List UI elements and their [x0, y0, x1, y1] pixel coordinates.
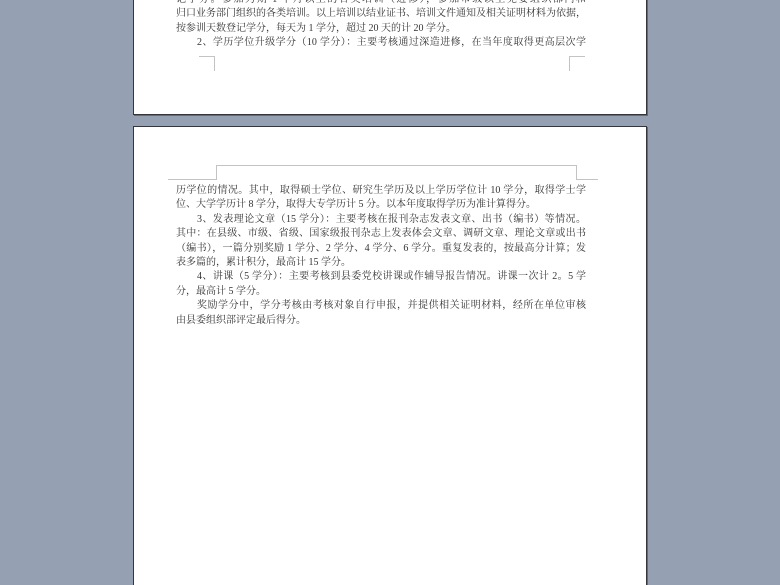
document-page-2[interactable]: 历学位的情况。其中，取得硕士学位、研究生学历及以上学历学位计 10 学分，取得学… — [133, 126, 647, 585]
text-line: 历学位的情况。其中，取得硕士学位、研究生学历及以上学历学位计 10 学分，取得学… — [176, 184, 586, 198]
text-line: 由县委组织部评定最后得分。 — [176, 314, 586, 328]
text-line: 分，最高计 5 学分。 — [176, 285, 586, 299]
text-line: 其中：在县级、市级、省级、国家级报刊杂志上发表体会文章、调研文章、理论文章或出书 — [176, 227, 586, 241]
page-2-text-block: 历学位的情况。其中，取得硕士学位、研究生学历及以上学历学位计 10 学分，取得学… — [176, 184, 586, 328]
margin-corner-mark — [569, 56, 570, 71]
word-processor-workspace: 记学分。参加为期 1 个月以上的各类培训（进修），参加市级以上党委组织部门和归口… — [0, 0, 780, 585]
text-boundary-line — [216, 165, 576, 166]
text-line: （编书），一篇分别奖励 1 学分、2 学分、4 学分、6 学分。重复发表的，按最… — [176, 242, 586, 256]
text-line: 记学分。参加为期 1 个月以上的各类培训（进修），参加市级以上党委组织部门和 — [176, 0, 586, 7]
text-line: 表多篇的，累计积分，最高计 15 学分。 — [176, 256, 586, 270]
text-line: 奖励学分中，学分考核由考核对象自行申报，并提供相关证明材料，经所在单位审核后， — [176, 299, 586, 313]
text-line: 3、发表理论文章（15 学分）：主要考核在报刊杂志发表文章、出书（编书）等情况。 — [176, 213, 586, 227]
text-line: 归口业务部门组织的各类培训。以上培训以结业证书、培训文件通知及相关证明材料为依据… — [176, 7, 586, 21]
text-line: 位、大学学历计 8 学分，取得大专学历计 5 分。以本年度取得学历为准计算得分。 — [176, 198, 586, 212]
margin-corner-mark — [214, 56, 215, 71]
document-page-1[interactable]: 记学分。参加为期 1 个月以上的各类培训（进修），参加市级以上党委组织部门和归口… — [133, 0, 647, 115]
text-boundary-line — [216, 165, 217, 180]
text-line: 2、学历学位升级学分（10 学分）：主要考核通过深造进修，在当年度取得更高层次学 — [176, 36, 586, 50]
text-boundary-line — [576, 179, 598, 180]
text-line: 按参训天数登记学分，每天为 1 学分，超过 20 天的计 20 学分。 — [176, 22, 586, 36]
text-boundary-line — [576, 165, 577, 180]
page-1-text-block: 记学分。参加为期 1 个月以上的各类培训（进修），参加市级以上党委组织部门和归口… — [176, 0, 586, 51]
text-line: 4、讲课（5 学分）：主要考核到县委党校讲课或作辅导报告情况。讲课一次计 2。5… — [176, 270, 586, 284]
text-boundary-line — [168, 179, 216, 180]
margin-corner-mark — [569, 56, 585, 57]
margin-corner-mark — [199, 56, 215, 57]
